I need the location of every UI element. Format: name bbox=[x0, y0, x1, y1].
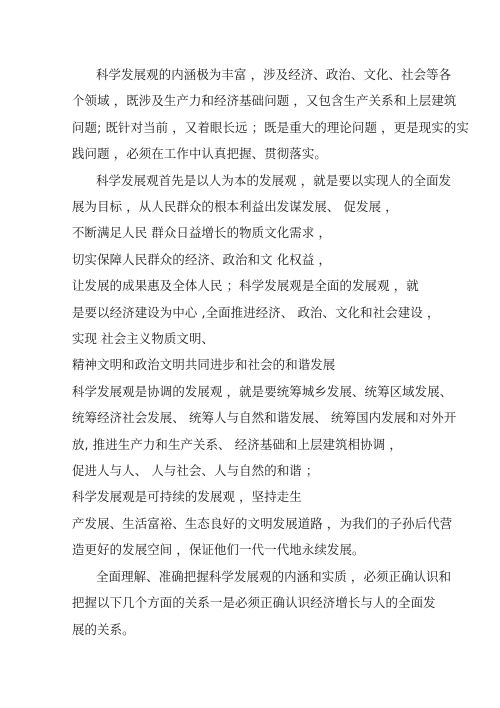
text-line: 问题; 既针对当前 ，又着眼长远 ；既是重大的理论问题 ，更是现实的实 bbox=[72, 120, 469, 136]
text-line: 切实保障人民群众的经济、政治和文 化权益 ， bbox=[72, 252, 331, 268]
text-line: 把握以下几个方面的关系一是必须正确认识经济增长与人的全面发 bbox=[72, 595, 436, 611]
text-line: 是要以经济建设为中心 ,全面推进经济、 政治、文化和社会建设 ， bbox=[72, 305, 440, 321]
text-line: 科学发展观的内涵极为丰富 ，涉及经济、政治、文化、社会等各 bbox=[96, 67, 451, 83]
text-line: 促进人与人、 人与社会、人与自然的和谐 ； bbox=[72, 463, 318, 479]
text-line: 科学发展观首先是以人为本的发展观 ，就是要以实现人的全面发 bbox=[96, 173, 451, 189]
text-line: 个领域 ，既涉及生产力和经济基础问题 ，又包含生产关系和上层建筑 bbox=[72, 93, 456, 109]
text-line: 精神文明和政治文明共同进步和社会的和谐发展 bbox=[72, 357, 335, 373]
text-line: 放, 推进生产力和生产关系、 经济基础和上层建筑相协调 ， bbox=[72, 437, 402, 453]
text-line: 科学发展观是协调的发展观 ，就是要统筹城乡发展、统筹区域发展、 bbox=[72, 384, 452, 400]
text-line: 践问题 ，必须在工作中认真把握、贯彻落实。 bbox=[72, 146, 327, 162]
text-line: 让发展的成果惠及全体人民 ；科学发展观是全面的发展观 ，就 bbox=[72, 278, 419, 294]
text-line: 不断满足人民 群众日益增长的物质文化需求 ， bbox=[72, 225, 331, 241]
text-line: 统筹经济社会发展、 统筹人与自然和谐发展、 统筹国内发展和对外开 bbox=[72, 410, 456, 426]
text-line: 展为目标 ，从人民群众的根本利益出发谋发展、 促发展 ， bbox=[72, 199, 398, 215]
text-line: 展的关系。 bbox=[72, 622, 135, 638]
text-line: 产发展、生活富裕、生态良好的文明发展道路 ，为我们的子孙后代营 bbox=[72, 516, 452, 532]
text-line: 科学发展观是可持续的发展观 ，坚持走生 bbox=[72, 489, 302, 505]
text-line: 造更好的发展空间 ，保证他们一代一代地永续发展。 bbox=[72, 542, 365, 558]
document-page: 科学发展观的内涵极为丰富 ，涉及经济、政治、文化、社会等各 个领域 ，既涉及生产… bbox=[0, 0, 500, 708]
text-line: 全面理解、准确把握科学发展观的内涵和实质 ，必须正确认识和 bbox=[96, 569, 451, 585]
text-line: 实现 社会主义物质文明、 bbox=[72, 331, 214, 347]
